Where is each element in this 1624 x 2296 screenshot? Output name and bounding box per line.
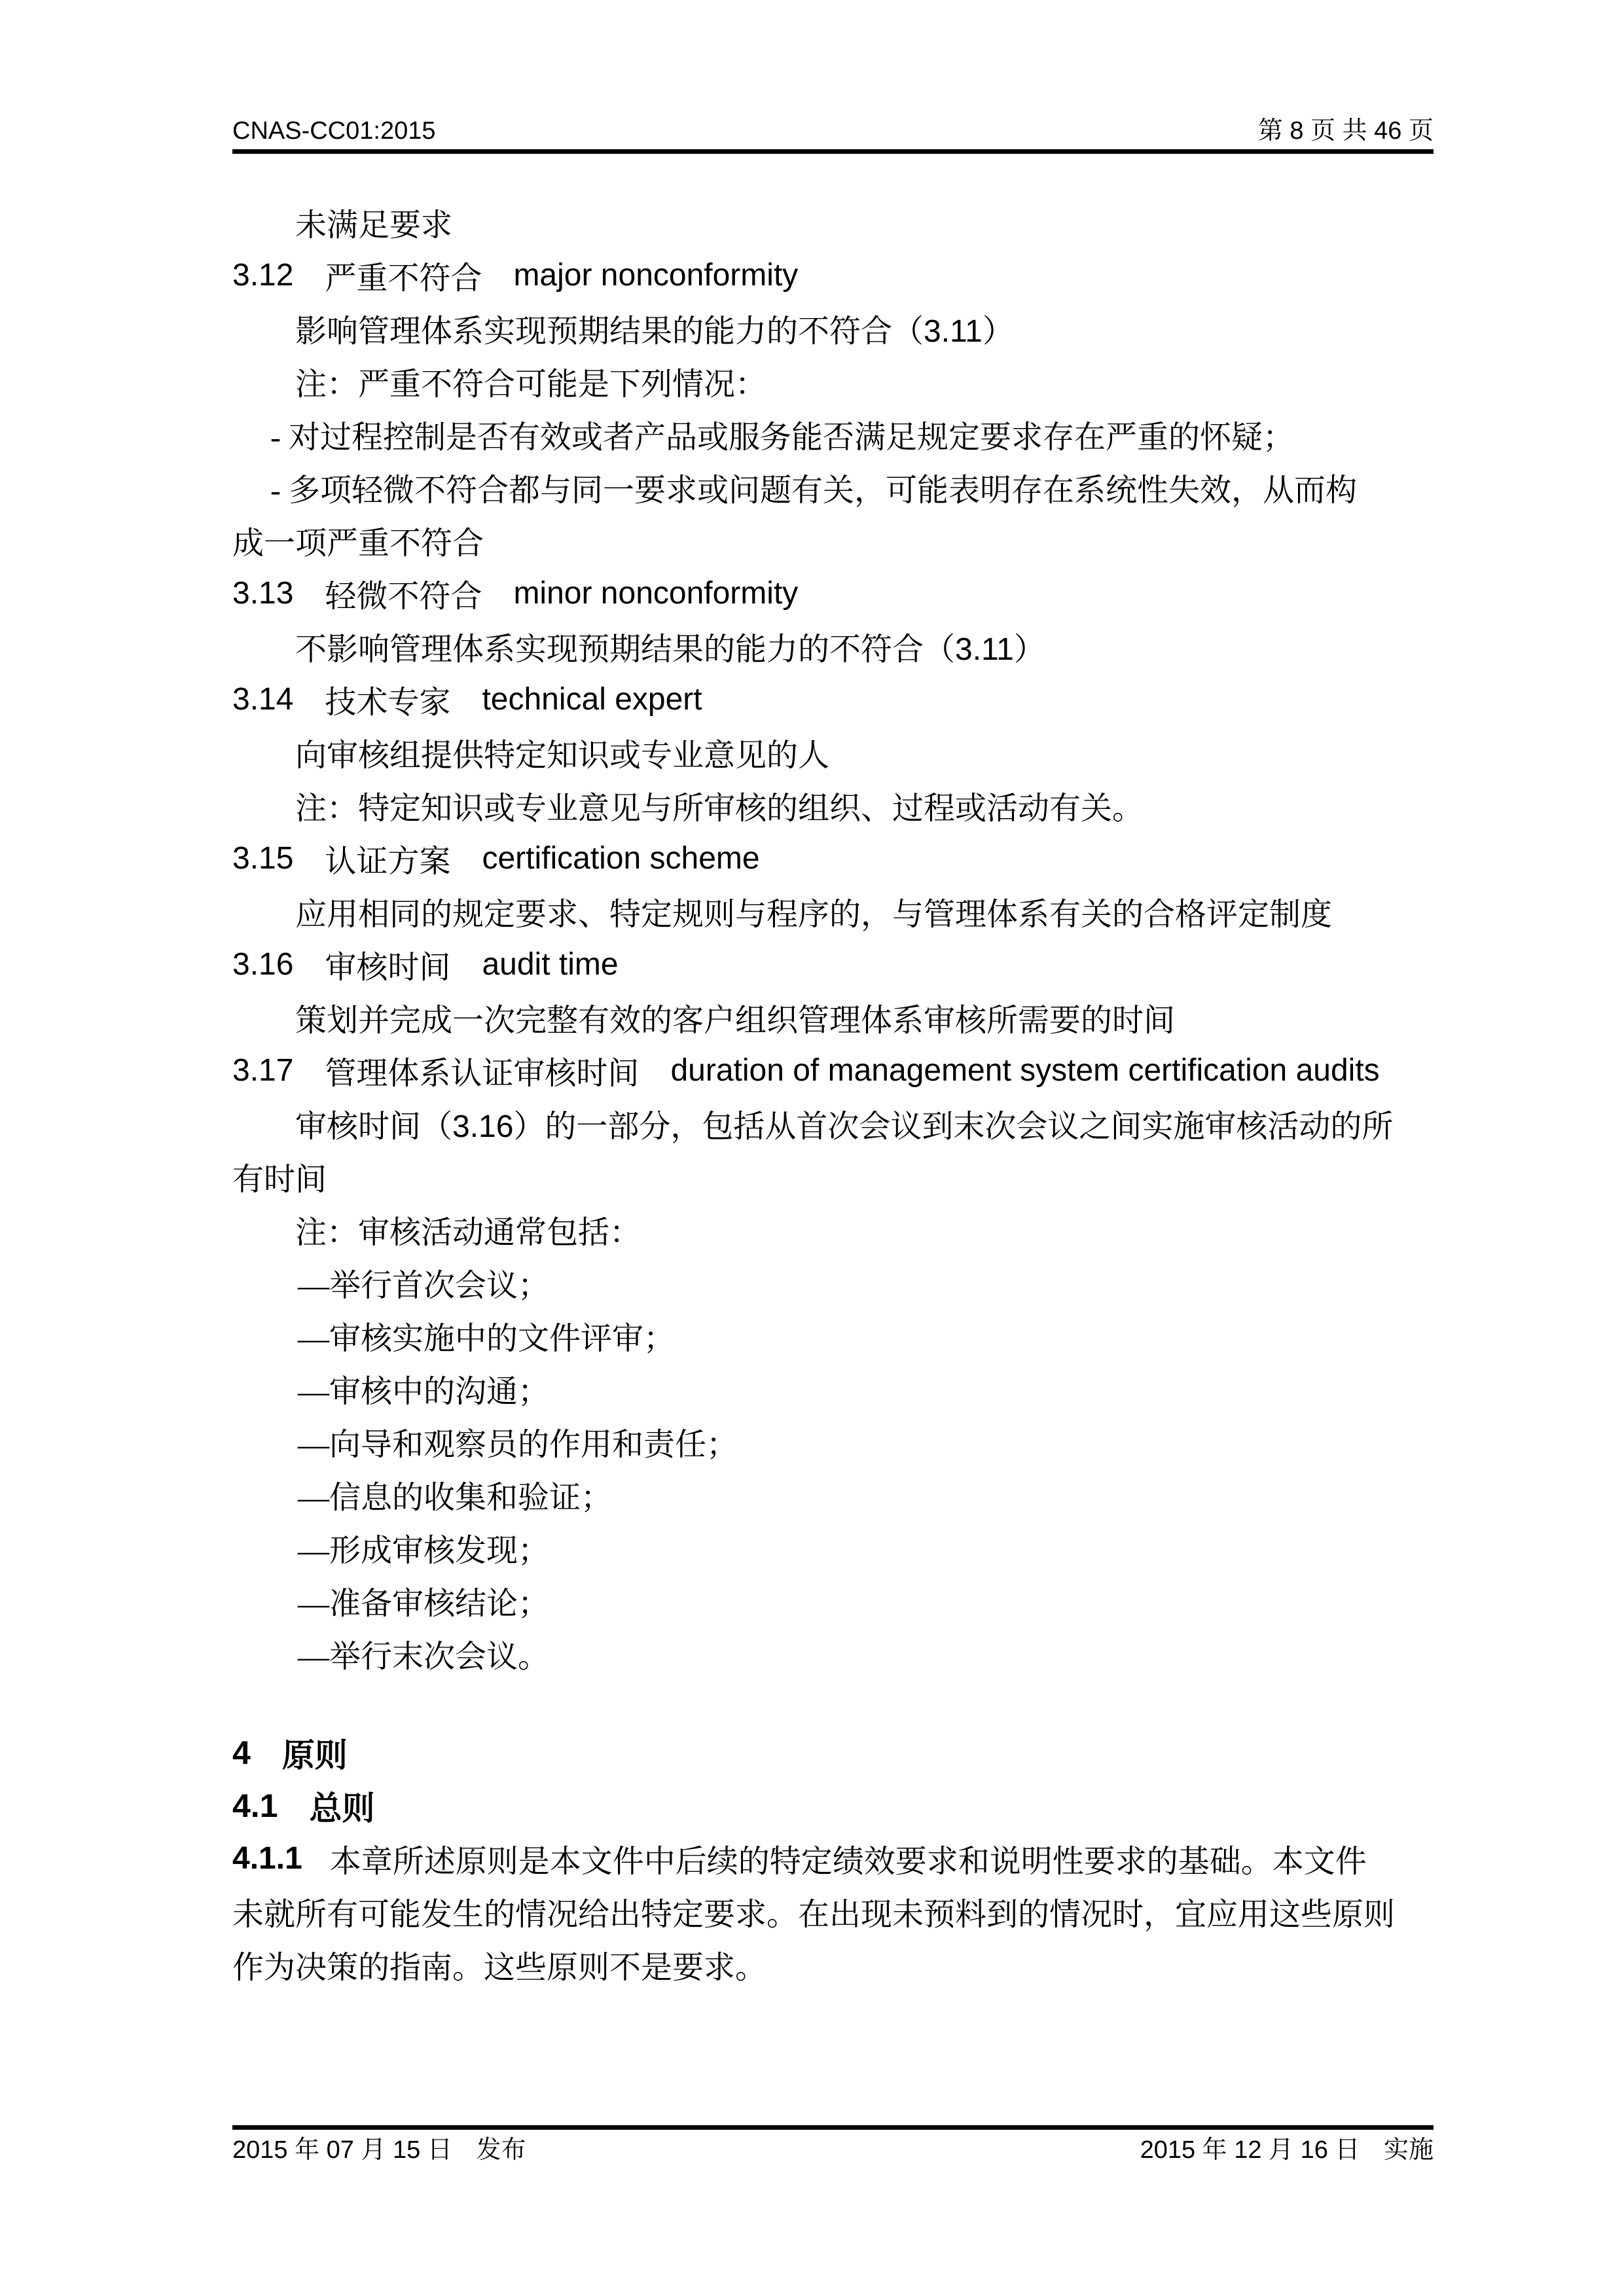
para-definition-3-13: 不影响管理体系实现预期结果的能力的不符合（3.11） (232, 620, 1434, 673)
section-number: 4.1 (232, 1787, 278, 1825)
section-heading-4: 4 原则 (232, 1726, 1434, 1779)
para-text: 未满足要求 (295, 200, 452, 245)
note-text: - 对过程控制是否有效或者产品或服务能否满足规定要求存在严重的怀疑； (270, 412, 1294, 457)
para-definition-3-14: 向审核组提供特定知识或专业意见的人 (232, 726, 1434, 779)
list-item: —准备审核结论； (232, 1574, 1434, 1627)
document-page: CNAS-CC01:2015 第 8 页 共 46 页 未满足要求 3.12 严… (0, 0, 1624, 2296)
note-dash-item: - 多项轻微不符合都与同一要求或问题有关，可能表明存在系统性失效，从而构 (232, 461, 1434, 514)
term-3-15: 3.15 认证方案 certification scheme (232, 832, 1434, 885)
note-text: 注：严重不符合可能是下列情况： (295, 359, 767, 404)
term-en: audit time (482, 946, 618, 982)
term-en: duration of management system certificat… (670, 1052, 1379, 1088)
note-3-17: 注：审核活动通常包括： (232, 1203, 1434, 1256)
list-item: —审核实施中的文件评审； (232, 1309, 1434, 1362)
term-en: minor nonconformity (513, 575, 798, 611)
page-footer: 2015 年 07 月 15 日 发布 2015 年 12 月 16 日 实施 (232, 2135, 1434, 2165)
issue-label: 发布 (476, 2136, 526, 2164)
para-definition-3-12: 影响管理体系实现预期结果的能力的不符合（3.11） (232, 302, 1434, 355)
term-number: 3.12 (232, 257, 293, 293)
para-text: 影响管理体系实现预期结果的能力的不符合（3.11） (295, 306, 1014, 351)
footer-rule (232, 2125, 1434, 2130)
clause-number: 4.1.1 (232, 1840, 302, 1876)
clause-4-1-1: 4.1.1 本章所述原则是本文件中后续的特定绩效要求和说明性要求的基础。本文件 (232, 1832, 1434, 1885)
para-definition-3-17: 审核时间（3.16）的一部分，包括从首次会议到末次会议之间实施审核活动的所 (232, 1097, 1434, 1150)
para-text: 有时间 (232, 1154, 327, 1199)
term-number: 3.15 (232, 840, 293, 876)
term-number: 3.16 (232, 946, 293, 982)
list-text: —准备审核结论； (298, 1578, 549, 1623)
term-number: 3.13 (232, 575, 293, 611)
note-continuation: 成一项严重不符合 (232, 514, 1434, 567)
note-dash-item: - 对过程控制是否有效或者产品或服务能否满足规定要求存在严重的怀疑； (232, 408, 1434, 461)
term-3-12: 3.12 严重不符合 major nonconformity (232, 249, 1434, 302)
list-item: —形成审核发现； (232, 1521, 1434, 1574)
list-text: —向导和观察员的作用和责任； (298, 1419, 738, 1464)
term-en: technical expert (482, 681, 702, 717)
term-en: certification scheme (482, 840, 759, 876)
term-3-14: 3.14 技术专家 technical expert (232, 673, 1434, 726)
term-3-17: 3.17 管理体系认证审核时间 duration of management s… (232, 1044, 1434, 1097)
list-text: —审核实施中的文件评审； (298, 1313, 675, 1358)
note-3-12: 注：严重不符合可能是下列情况： (232, 355, 1434, 408)
para-text: 向审核组提供特定知识或专业意见的人 (295, 730, 829, 775)
para-definition-3-15: 应用相同的规定要求、特定规则与程序的，与管理体系有关的合格评定制度 (232, 885, 1434, 938)
term-3-13: 3.13 轻微不符合 minor nonconformity (232, 567, 1434, 620)
header-rule (232, 149, 1434, 154)
list-item: —举行末次会议。 (232, 1627, 1434, 1680)
list-text: —举行首次会议； (298, 1260, 549, 1305)
implement-date: 2015 年 12 月 16 日 (1140, 2136, 1360, 2164)
doc-code: CNAS-CC01:2015 (232, 117, 435, 145)
list-text: —信息的收集和验证； (298, 1472, 612, 1517)
term-zh: 严重不符合 (325, 253, 482, 298)
page-number: 第 8 页 共 46 页 (1258, 117, 1434, 145)
list-item: —审核中的沟通； (232, 1362, 1434, 1415)
term-zh: 管理体系认证审核时间 (325, 1048, 639, 1093)
para-continuation: 作为决策的指南。这些原则不是要求。 (232, 1938, 1434, 1991)
para-definition-3-16: 策划并完成一次完整有效的客户组织管理体系审核所需要的时间 (232, 991, 1434, 1044)
list-item: —信息的收集和验证； (232, 1468, 1434, 1521)
section-number: 4 (232, 1734, 251, 1772)
list-text: —形成审核发现； (298, 1525, 549, 1570)
document-body: 未满足要求 3.12 严重不符合 major nonconformity 影响管… (232, 196, 1434, 1991)
clause-text: 本章所述原则是本文件中后续的特定绩效要求和说明性要求的基础。本文件 (330, 1836, 1367, 1881)
implement-date-group: 2015 年 12 月 16 日 实施 (1140, 2135, 1434, 2165)
term-zh: 审核时间 (325, 942, 450, 987)
para-text: 应用相同的规定要求、特定规则与程序的，与管理体系有关的合格评定制度 (295, 889, 1332, 934)
para-text: 审核时间（3.16）的一部分，包括从首次会议到末次会议之间实施审核活动的所 (295, 1101, 1393, 1146)
list-text: —审核中的沟通； (298, 1366, 549, 1411)
term-zh: 轻微不符合 (325, 571, 482, 616)
list-item: —举行首次会议； (232, 1256, 1434, 1309)
section-title: 原则 (282, 1729, 348, 1776)
note-text: 注：特定知识或专业意见与所审核的组织、过程或活动有关。 (295, 783, 1144, 828)
term-number: 3.17 (232, 1052, 293, 1088)
term-number: 3.14 (232, 681, 293, 717)
implement-label: 实施 (1384, 2136, 1434, 2164)
term-zh: 技术专家 (325, 677, 450, 722)
note-text: 成一项严重不符合 (232, 518, 484, 563)
note-text: - 多项轻微不符合都与同一要求或问题有关，可能表明存在系统性失效，从而构 (270, 465, 1357, 510)
list-item: —向导和观察员的作用和责任； (232, 1415, 1434, 1468)
section-title: 总则 (310, 1782, 375, 1829)
section-heading-4-1: 4.1 总则 (232, 1779, 1434, 1832)
para-continuation: 有时间 (232, 1150, 1434, 1203)
para-text: 作为决策的指南。这些原则不是要求。 (232, 1942, 767, 1987)
para-continuation: 未就所有可能发生的情况给出特定要求。在出现未预料到的情况时，宜应用这些原则 (232, 1885, 1434, 1938)
note-3-14: 注：特定知识或专业意见与所审核的组织、过程或活动有关。 (232, 779, 1434, 832)
para-text: 未就所有可能发生的情况给出特定要求。在出现未预料到的情况时，宜应用这些原则 (232, 1889, 1395, 1934)
note-text: 注：审核活动通常包括： (295, 1207, 641, 1252)
term-3-16: 3.16 审核时间 audit time (232, 938, 1434, 991)
term-zh: 认证方案 (325, 836, 450, 881)
list-text: —举行末次会议。 (298, 1631, 549, 1676)
para-text: 策划并完成一次完整有效的客户组织管理体系审核所需要的时间 (295, 995, 1175, 1040)
para-text: 不影响管理体系实现预期结果的能力的不符合（3.11） (295, 624, 1045, 669)
issue-date: 2015 年 07 月 15 日 (232, 2136, 452, 2164)
page-header: CNAS-CC01:2015 第 8 页 共 46 页 (232, 117, 1434, 145)
issue-date-group: 2015 年 07 月 15 日 发布 (232, 2135, 526, 2165)
term-en: major nonconformity (513, 257, 798, 293)
para-unmet-requirement: 未满足要求 (232, 196, 1434, 249)
